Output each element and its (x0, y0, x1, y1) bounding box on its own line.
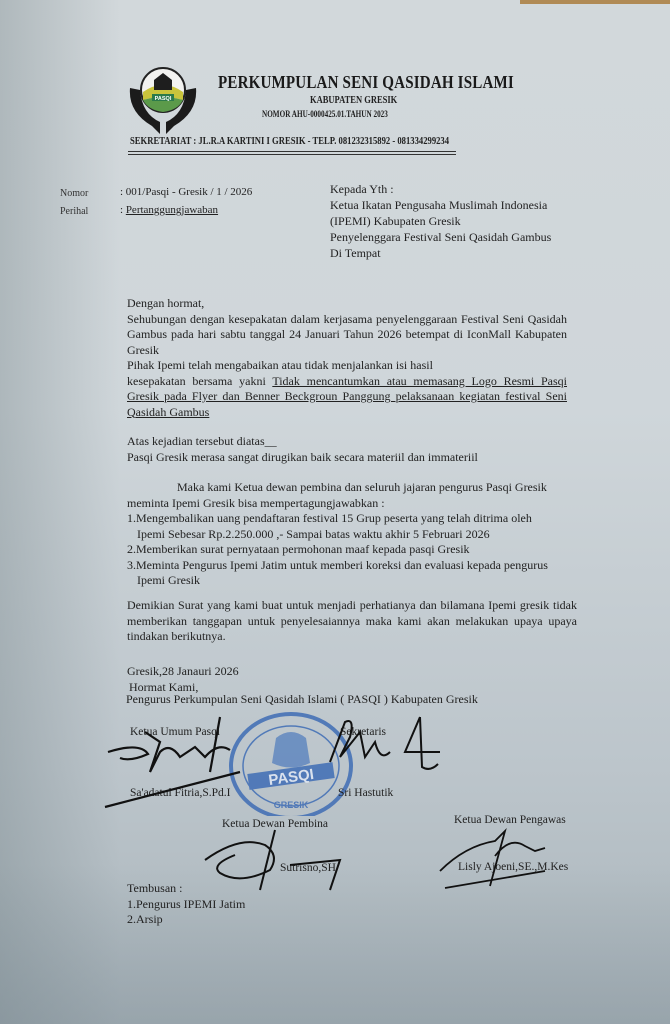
org-address: SEKRETARIAT : JL.R.A KARTINI I GRESIK - … (130, 136, 449, 147)
official-stamp-icon: PASQI GRESIK (226, 708, 356, 816)
demands-intro: Maka kami Ketua dewan pembina dan seluru… (127, 480, 587, 496)
letterhead-divider (128, 151, 456, 152)
signatory-role-advisory: Ketua Dewan Pembina (222, 818, 328, 830)
nomor-value: : 001/Pasqi - Gresik / 1 / 2026 (120, 186, 252, 198)
perihal-label: Perihal (60, 206, 88, 217)
recipient-line: Kepada Yth : (330, 181, 551, 197)
demand-item: 3.Meminta Pengurus Ipemi Jatim untuk mem… (127, 558, 587, 574)
recipient-line: Di Tempat (330, 245, 551, 261)
consequence-intro: Atas kejadian tersebut diatas__ (127, 434, 587, 450)
signatory-name-chairman: Sa'adatul Fitria,S.Pd.I (130, 787, 230, 799)
signatory-name-advisory: Sutrisno,SH (280, 862, 336, 874)
letter-body: Dengan hormat, Sehubungan dengan kesepak… (127, 296, 587, 420)
nomor-label: Nomor (60, 188, 88, 199)
place-date: Gresik,28 Janauri 2026 (127, 664, 587, 680)
hands-holding-globe-logo-icon: PASQI (126, 60, 200, 136)
violation-lead: kesepakatan bersama yakni (127, 374, 272, 388)
letterhead-divider-thin (128, 154, 456, 155)
consequence-block: Atas kejadian tersebut diatas__ Pasqi Gr… (127, 434, 587, 465)
paragraph-agreement: Sehubungan dengan kesepakatan dalam kerj… (127, 312, 567, 359)
perihal-value: : Pertanggungjawaban (120, 204, 218, 216)
signatory-role-chairman: Ketua Umum Pasqi (130, 726, 220, 738)
recipient-line: Penyelenggara Festival Seni Qasidah Gamb… (330, 229, 551, 245)
demands-request: meminta Ipemi Gresik bisa mempertagungja… (127, 496, 587, 512)
org-registration: NOMOR AHU-0000425.01.TAHUN 2023 (262, 109, 388, 119)
table-edge (520, 0, 670, 4)
tembusan-block: Tembusan : 1.Pengurus IPEMI Jatim 2.Arsi… (127, 881, 587, 928)
demand-item: 2.Memberikan surat pernyataan permohonan… (127, 542, 587, 558)
demand-item-cont: Ipemi Sebesar Rp.2.250.000 ,- Sampai bat… (127, 527, 587, 543)
salutation: Dengan hormat, (127, 296, 587, 312)
recipient-line: Ketua Ikatan Pengusaha Muslimah Indonesi… (330, 197, 551, 213)
recipient-line: (IPEMI) Kabupaten Gresik (330, 213, 551, 229)
demands-block: Maka kami Ketua dewan pembina dan seluru… (127, 480, 587, 589)
svg-text:PASQI: PASQI (267, 766, 315, 789)
org-region: KABUPATEN GRESIK (310, 95, 397, 106)
tembusan-item: 1.Pengurus IPEMI Jatim (127, 897, 587, 913)
consequence-statement: Pasqi Gresik merasa sangat dirugikan bai… (127, 450, 587, 466)
recipient-block: Kepada Yth : Ketua Ikatan Pengusaha Musl… (330, 181, 551, 261)
paragraph-violation-intro: Pihak Ipemi telah mengabaikan atau tidak… (127, 358, 587, 374)
committee-line: Pengurus Perkumpulan Seni Qasidah Islami… (126, 692, 586, 708)
tembusan-title: Tembusan : (127, 881, 587, 897)
signatory-role-secretary: Sekretaris (340, 726, 386, 738)
signatory-name-supervisory: Lisly Ajoeni,SE.,M.Kes (458, 861, 568, 873)
signatory-name-secretary: Sri Hastutik (338, 787, 393, 799)
demand-item: 1.Mengembalikan uang pendaftaran festiva… (127, 511, 587, 527)
svg-text:PASQI: PASQI (155, 96, 172, 102)
paragraph-violation: kesepakatan bersama yakni Tidak mencantu… (127, 374, 567, 421)
tembusan-item: 2.Arsip (127, 912, 587, 928)
signatory-role-supervisory: Ketua Dewan Pengawas (454, 814, 566, 826)
closing-paragraph: Demikian Surat yang kami buat untuk menj… (127, 598, 577, 645)
demand-item-cont: Ipemi Gresik (127, 573, 587, 589)
signoff-block: Gresik,28 Janauri 2026 Hormat Kami, (127, 664, 587, 695)
perihal-subject: Pertanggungjawaban (126, 204, 218, 216)
org-name: PERKUMPULAN SENI QASIDAH ISLAMI (218, 72, 514, 93)
photo-shadow-left (0, 0, 120, 1024)
svg-text:GRESIK: GRESIK (274, 800, 309, 810)
